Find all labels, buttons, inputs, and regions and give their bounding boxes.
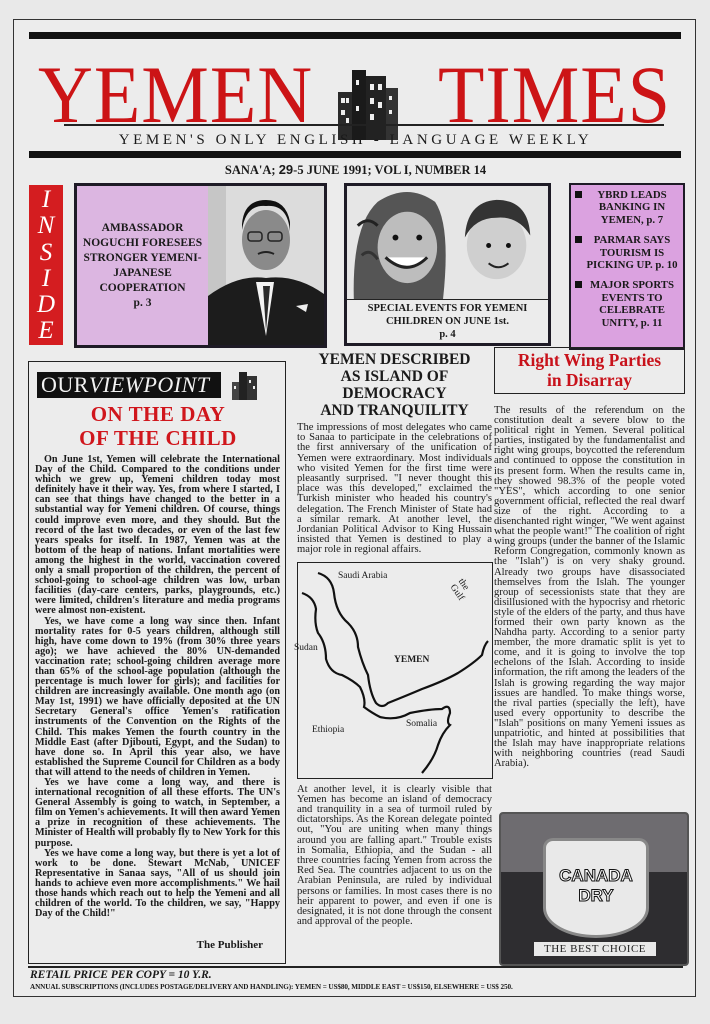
teaser-list-text: PARMAR SAYS TOURISM IS PICKING UP. p. 10 xyxy=(586,234,677,271)
inside-letter: D xyxy=(29,292,63,318)
article-paragraph: At another level, it is clearly visible … xyxy=(297,785,492,928)
article-right-wing-parties: Right Wing Parties in Disarray The resul… xyxy=(494,347,685,769)
building-logo-icon xyxy=(330,62,408,140)
masthead-bottom-rule xyxy=(29,151,681,158)
ad-slogan: THE BEST CHOICE xyxy=(534,942,656,956)
editorial-signature: The Publisher xyxy=(197,939,263,951)
banner-viewpoint: VIEWPOINT xyxy=(89,372,210,397)
paragraph: On June 1st, Yemen will celebrate the In… xyxy=(35,455,280,617)
retail-price: RETAIL PRICE PER COPY = 10 Y.R. xyxy=(30,969,212,981)
headline-line: AND TRANQUILITY xyxy=(297,402,492,419)
teaser-page: p. 3 xyxy=(81,296,204,311)
inside-letter: E xyxy=(29,318,63,344)
headline-line: YEMEN DESCRIBED xyxy=(297,351,492,368)
footer-rule xyxy=(28,966,683,968)
building-logo-icon xyxy=(229,370,265,400)
paragraph: Yes we have come a long way, and there i… xyxy=(35,778,280,849)
article-headline: Right Wing Parties in Disarray xyxy=(494,347,685,394)
dateline-day: 29 xyxy=(279,162,293,177)
inside-letter: S xyxy=(29,240,63,266)
teaser-children[interactable]: SPECIAL EVENTS FOR YEMENI CHILDREN ON JU… xyxy=(344,183,551,346)
map-label-ethiopia: Ethiopia xyxy=(312,725,344,735)
our-viewpoint-editorial: OURVIEWPOINT ON THE DAY OF THE CHILD On … xyxy=(28,361,286,964)
inside-letter: I xyxy=(29,266,63,292)
editorial-title: ON THE DAY OF THE CHILD xyxy=(29,402,287,450)
inside-label: I N S I D E xyxy=(29,185,63,345)
article-body: The results of the referendum on the con… xyxy=(494,406,685,769)
brand-line: DRY xyxy=(543,886,649,906)
teaser-ambassador[interactable]: AMBASSADOR NOGUCHI FORESEES STRONGER YEM… xyxy=(74,183,327,348)
inside-letter: I xyxy=(29,187,63,213)
masthead-top-rule xyxy=(29,32,681,39)
headline-line: AS ISLAND OF xyxy=(297,368,492,385)
teaser-children-caption: SPECIAL EVENTS FOR YEMENI CHILDREN ON JU… xyxy=(347,302,548,341)
dateline-prefix: SANA'A; xyxy=(225,163,276,177)
dateline: SANA'A; 29-5 JUNE 1991; VOL I, NUMBER 14 xyxy=(14,162,697,178)
man-in-suit-photo xyxy=(208,186,324,345)
headline-line: DEMOCRACY xyxy=(297,385,492,402)
map-label-saudi-arabia: Saudi Arabia xyxy=(338,571,387,581)
teaser-ambassador-text: AMBASSADOR NOGUCHI FORESEES STRONGER YEM… xyxy=(77,186,208,345)
map-label-somalia: Somalia xyxy=(406,719,437,729)
editorial-body: On June 1st, Yemen will celebrate the In… xyxy=(35,455,280,919)
caption-line: CHILDREN ON JUNE 1st. xyxy=(347,315,548,328)
region-map: Saudi Arabia the Gulf Sudan YEMEN Ethiop… xyxy=(297,562,493,779)
teaser-list-item[interactable]: YBRD LEADS BANKING IN YEMEN, p. 7 xyxy=(575,189,679,226)
title-line: ON THE DAY xyxy=(29,402,287,426)
article-paragraph: The impressions of most delegates who ca… xyxy=(297,423,492,556)
inside-letter: N xyxy=(29,213,63,239)
headline-line: Right Wing Parties xyxy=(495,350,684,370)
map-label-sudan: Sudan xyxy=(294,643,318,653)
square-bullet-icon xyxy=(575,281,582,288)
masthead-thin-rule xyxy=(64,124,664,126)
headline-line: in Disarray xyxy=(495,370,684,390)
paragraph: Yes we have come a long way, but there i… xyxy=(35,849,280,920)
teaser-list: YBRD LEADS BANKING IN YEMEN, p. 7 PARMAR… xyxy=(569,183,685,350)
teaser-list-text: YBRD LEADS BANKING IN YEMEN, p. 7 xyxy=(597,189,666,226)
article-headline: YEMEN DESCRIBED AS ISLAND OF DEMOCRACY A… xyxy=(297,351,492,419)
paragraph: Yes, we have come a long way since then.… xyxy=(35,617,280,779)
teaser-list-item[interactable]: MAJOR SPORTS EVENTS TO CELEBRATE UNITY, … xyxy=(575,279,679,329)
map-label-yemen: YEMEN xyxy=(394,655,429,665)
newspaper-front-page: YEMEN TIMES YEMEN'S ONLY ENGLISH - LANGU… xyxy=(13,19,696,997)
canada-dry-advertisement[interactable]: CANADA DRY THE BEST CHOICE xyxy=(499,812,689,966)
dateline-rest: -5 JUNE 1991; VOL I, NUMBER 14 xyxy=(293,163,486,177)
children-photo xyxy=(347,186,548,300)
subscription-rates: ANNUAL SUBSCRIPTIONS (INCLUDES POSTAGE/D… xyxy=(30,983,513,991)
ad-brand: CANADA DRY xyxy=(543,866,649,906)
article-island-of-democracy: YEMEN DESCRIBED AS ISLAND OF DEMOCRACY A… xyxy=(297,351,492,927)
tagline: YEMEN'S ONLY ENGLISH - LANGUAGE WEEKLY xyxy=(14,132,697,149)
teaser-list-text: MAJOR SPORTS EVENTS TO CELEBRATE UNITY, … xyxy=(590,279,674,328)
title-line: OF THE CHILD xyxy=(29,426,287,450)
square-bullet-icon xyxy=(575,236,582,243)
banner-our: OUR xyxy=(41,372,89,397)
brand-line: CANADA xyxy=(543,866,649,886)
square-bullet-icon xyxy=(575,191,582,198)
teaser-headline: AMBASSADOR NOGUCHI FORESEES STRONGER YEM… xyxy=(81,221,204,296)
teaser-page: p. 4 xyxy=(347,328,548,341)
caption-line: SPECIAL EVENTS FOR YEMENI xyxy=(347,302,548,315)
viewpoint-banner: OURVIEWPOINT xyxy=(37,372,221,398)
teaser-list-item[interactable]: PARMAR SAYS TOURISM IS PICKING UP. p. 10 xyxy=(575,234,679,271)
